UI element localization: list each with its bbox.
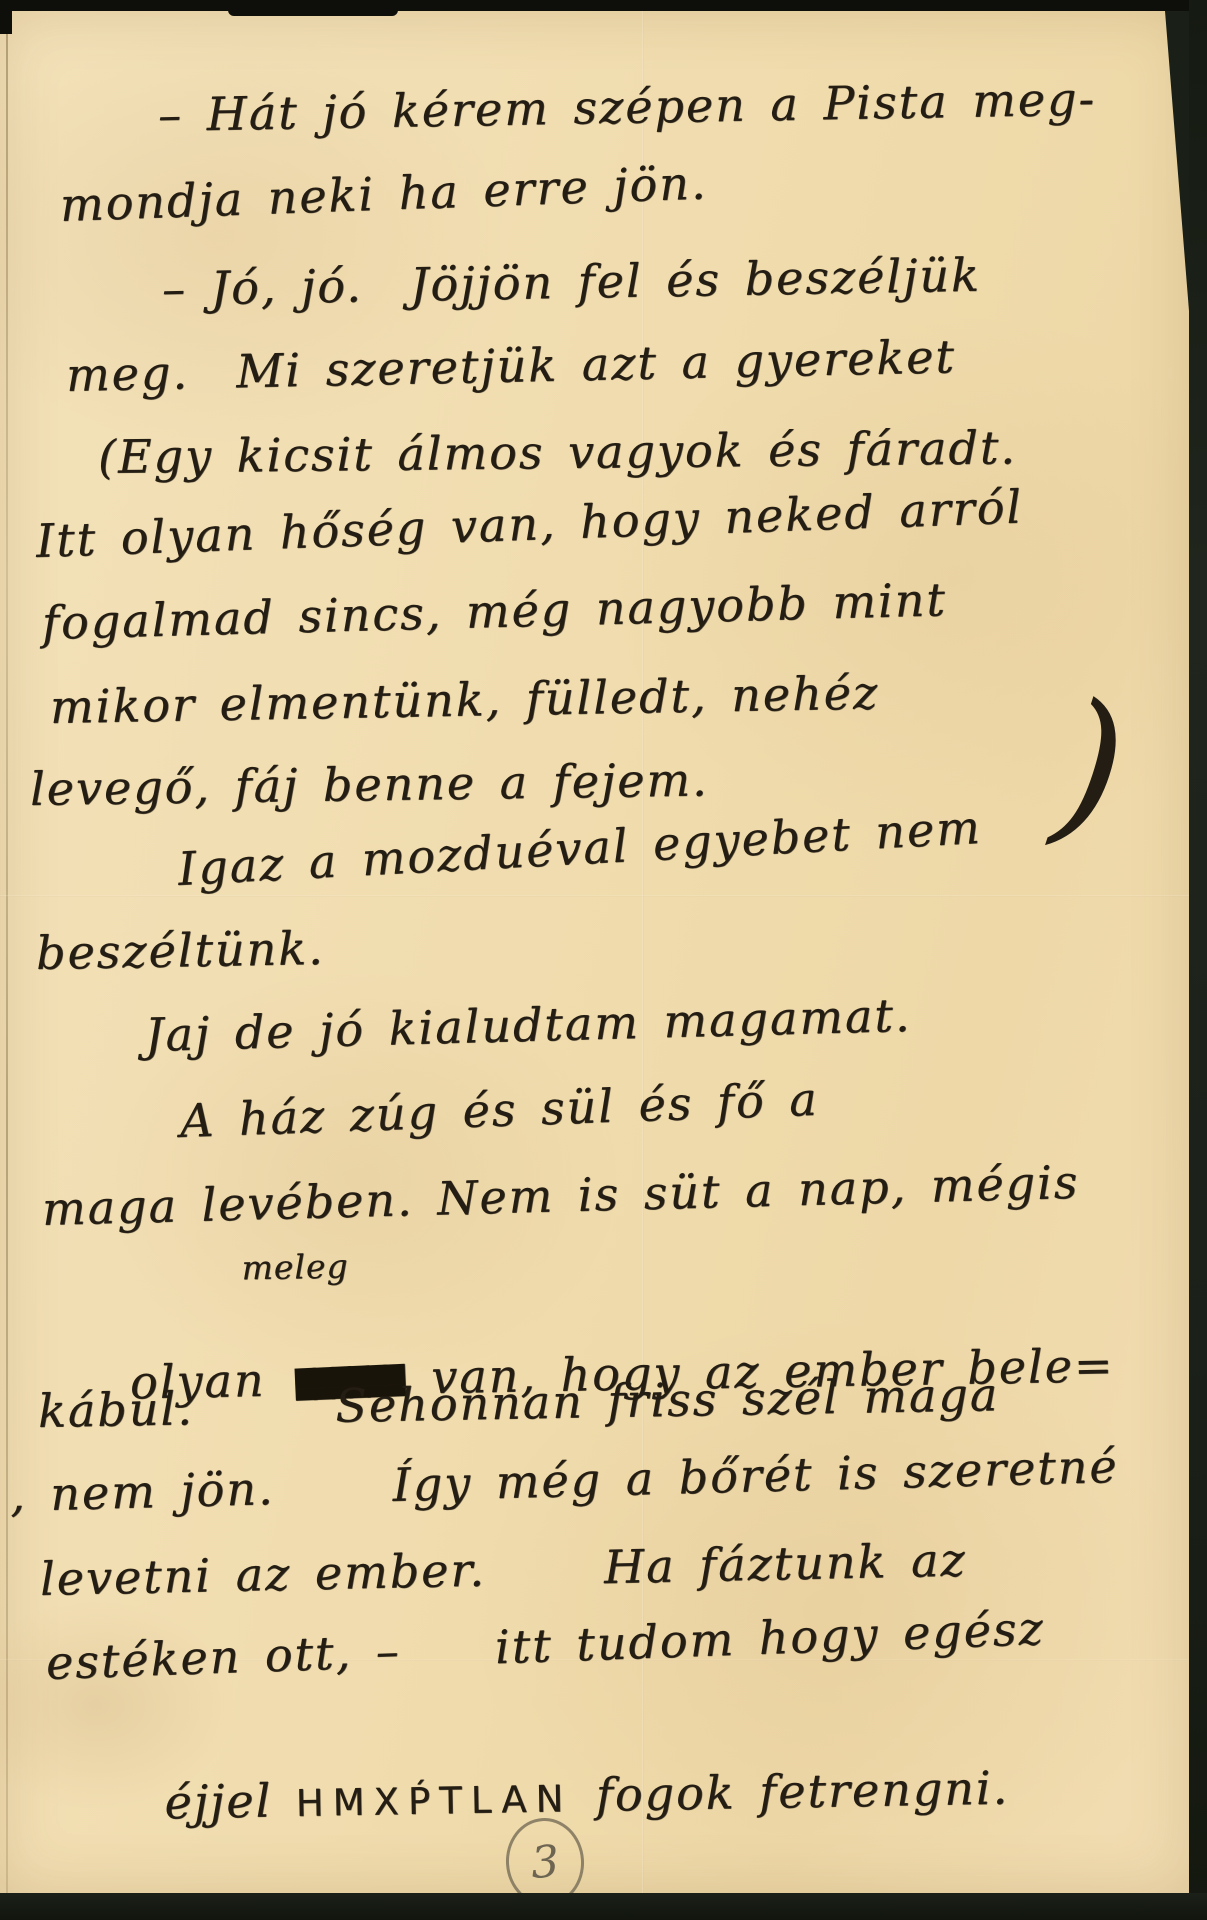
scanned-letter-page: – Hát jó kérem szépen a Pista meg- mondj… (0, 0, 1207, 1920)
scan-edge-top (0, 0, 1207, 11)
page-number: 3 (529, 1836, 560, 1889)
page-fold-line (6, 11, 8, 1893)
handwritten-line: beszéltünk. (36, 921, 326, 981)
line-text-pre: éjjel (164, 1773, 296, 1829)
scan-edge-right (1189, 0, 1207, 1920)
horizontal-crease (0, 895, 1189, 897)
line-text-post: fogok fetrengni. (572, 1761, 1010, 1823)
correction-word-above: meleg (241, 1247, 349, 1288)
handwritten-line: levegő, fáj benne a fejem. (30, 753, 709, 818)
scan-edge-bottom (0, 1893, 1207, 1920)
handwritten-line: (Egy kicsit álmos vagyok és fáradt. (98, 420, 1017, 485)
block-capitals-word: HMXṔTLAN (295, 1777, 572, 1825)
scan-edge-top-bump (228, 9, 398, 16)
scan-edge-corner (0, 0, 12, 34)
